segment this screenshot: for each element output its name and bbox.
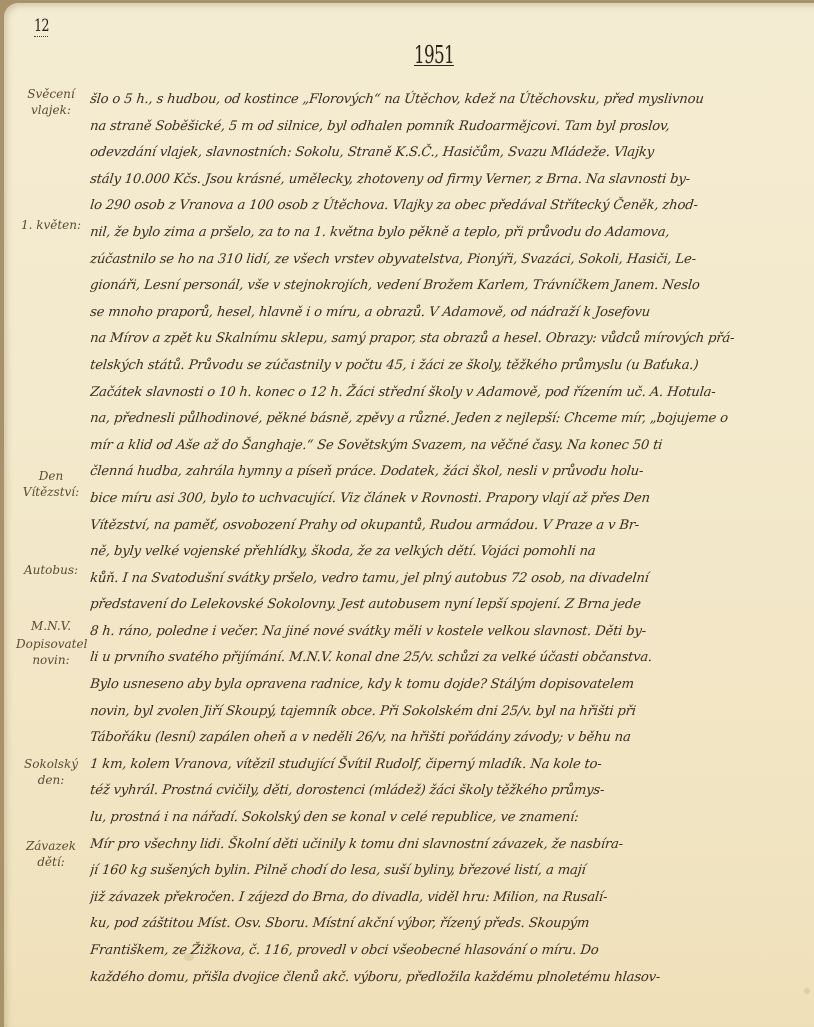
margin-note-line: Sokolský xyxy=(16,756,86,772)
margin-note-line: novin: xyxy=(16,652,86,668)
text-line: jí 160 kg sušených bylin. Pilně chodí do… xyxy=(89,858,782,885)
text-line: novin, byl zvolen Jiří Skoupý, tajemník … xyxy=(89,699,782,726)
text-line: odevzdání vlajek, slavnostních: Sokolu, … xyxy=(89,140,782,167)
text-line: též vyhrál. Prostná cvičily, děti, doros… xyxy=(89,778,782,805)
text-line: Tábořáku (lesní) zapálen oheň a v neděli… xyxy=(89,725,782,752)
text-line: Františkem, ze Žižkova, č. 116, provedl … xyxy=(89,938,782,965)
margin-note-line: Vítězství: xyxy=(16,484,86,500)
margin-note-line: M.N.V. xyxy=(16,618,86,634)
text-line: Bylo usneseno aby byla opravena radnice,… xyxy=(89,672,782,699)
page-number: 12 xyxy=(34,16,49,36)
text-line: mír a klid od Aše až do Šanghaje.“ Se So… xyxy=(89,433,782,460)
margin-note: 1. květen: xyxy=(16,217,86,233)
text-line: Mír pro všechny lidi. Školní děti učinil… xyxy=(89,832,782,859)
margin-note: Dopisovatelnovin: xyxy=(16,636,86,668)
text-line: kůň. I na Svatodušní svátky pršelo, vedr… xyxy=(89,566,782,593)
margin-note-line: Svěcení xyxy=(16,86,86,102)
margin-note-line: Dopisovatel xyxy=(16,636,86,652)
margin-note-line: vlajek: xyxy=(16,102,86,118)
margin-note-line: Závazek xyxy=(16,838,86,854)
text-line: na Mírov a zpět ku Skalnímu sklepu, samý… xyxy=(89,326,782,353)
margin-note-line: den: xyxy=(16,772,86,788)
page-number-underline xyxy=(34,36,48,37)
paper-stain xyxy=(804,988,810,994)
text-line: na straně Soběšické, 5 m od silnice, byl… xyxy=(89,114,782,141)
margin-note-line: Den xyxy=(16,468,86,484)
text-line: gionáři, Lesní personál, vše v stejnokro… xyxy=(89,273,782,300)
text-line: Vítězství, na paměť, osvobození Prahy od… xyxy=(89,513,782,540)
text-line: 1 km, kolem Vranova, vítězil studující Š… xyxy=(89,752,782,779)
text-line: bice míru asi 300, bylo to uchvacující. … xyxy=(89,486,782,513)
margin-note: DenVítězství: xyxy=(16,468,86,500)
margin-note-line: Autobus: xyxy=(16,562,86,578)
text-line: lu, prostná i na nářadí. Sokolský den se… xyxy=(89,805,782,832)
text-line: se mnoho praporů, hesel, hlavně i o míru… xyxy=(89,300,782,327)
margin-note: Závazekdětí: xyxy=(16,838,86,870)
text-line: šlo o 5 h., s hudbou, od kostince „Floro… xyxy=(89,87,782,114)
margin-note: M.N.V. xyxy=(16,618,86,634)
margin-note: Svěcenívlajek: xyxy=(16,86,86,118)
handwritten-body-text: šlo o 5 h., s hudbou, od kostince „Floro… xyxy=(90,87,780,991)
text-line: členná hudba, zahrála hymny a píseň prác… xyxy=(89,459,782,486)
text-line: telských států. Průvodu se zúčastnily v … xyxy=(89,353,782,380)
text-line: na, přednesli půlhodinové, pěkné básně, … xyxy=(89,406,782,433)
text-line: každého domu, přišla dvojice členů akč. … xyxy=(89,965,782,992)
text-line: nil, že bylo zima a pršelo, za to na 1. … xyxy=(89,220,782,247)
chronicle-page: 12 1951 Svěcenívlajek:1. květen:DenVítěz… xyxy=(4,3,814,1024)
margin-note: Sokolskýden: xyxy=(16,756,86,788)
text-line: zúčastnilo se ho na 310 lidí, ze všech v… xyxy=(89,247,782,274)
margin-note: Autobus: xyxy=(16,562,86,578)
text-line: Začátek slavnosti o 10 h. konec o 12 h. … xyxy=(89,380,782,407)
margin-note-line: dětí: xyxy=(16,854,86,870)
margin-note-line: 1. květen: xyxy=(16,217,86,233)
text-line: představení do Lelekovské Sokolovny. Jes… xyxy=(89,592,782,619)
text-line: 8 h. ráno, poledne i večer. Na jiné nové… xyxy=(89,619,782,646)
year-heading: 1951 xyxy=(414,41,454,69)
text-line: stály 10.000 Kčs. Jsou krásné, umělecky,… xyxy=(89,167,782,194)
text-line: lo 290 osob z Vranova a 100 osob z Útěch… xyxy=(89,193,782,220)
text-line: ku, pod záštitou Míst. Osv. Sboru. Místn… xyxy=(89,911,782,938)
text-line: ně, byly velké vojenské přehlídky, škoda… xyxy=(89,539,782,566)
text-line: již závazek překročen. I zájezd do Brna,… xyxy=(89,885,782,912)
text-line: li u prvního svatého přijímání. M.N.V. k… xyxy=(89,645,782,672)
